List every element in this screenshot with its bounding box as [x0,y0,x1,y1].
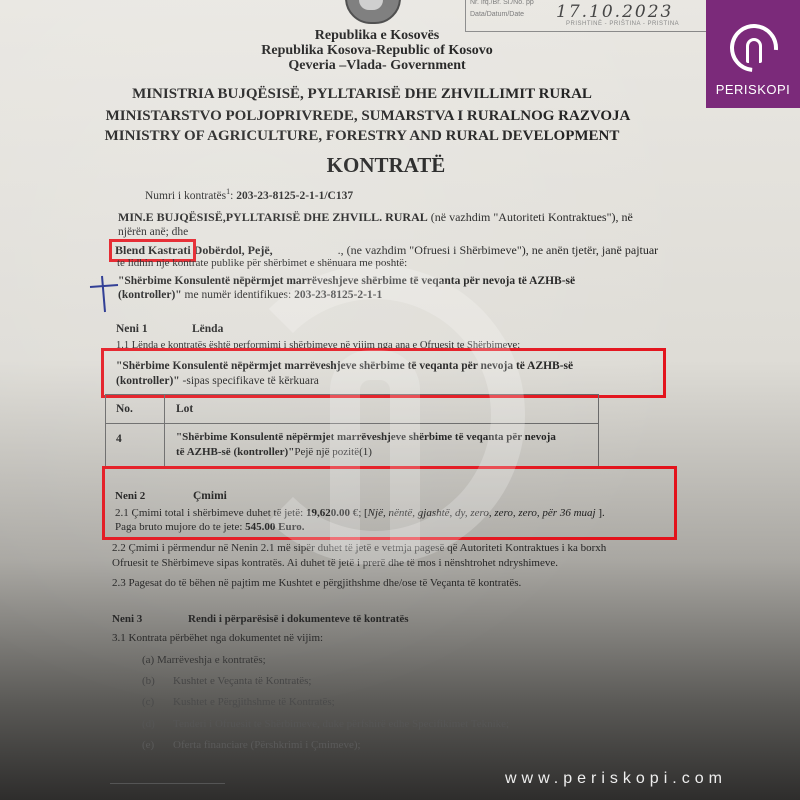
stamp-date-label: Data/Datum/Date [470,11,524,18]
party2-line: Blend Kastrati Dobërdol, Pejë,., (ne vaz… [115,243,658,258]
article3-item-d-text: Tenderi i Ofruesit te Shërbimeve, duke p… [173,718,509,730]
total-price: 19,620.00 [306,507,350,519]
document-photo: Nr. Ifq./Br. Sl./No. pp Data/Datum/Date … [0,0,800,800]
party2-line2: te lidhin nje kontrate publike për shërb… [117,257,407,269]
table-cell-lot-line2: të AZHB-së (kontroller)"Pejë një pozitë(… [176,446,372,458]
website-url: www.periskopi.com [505,770,727,788]
party1-line2: njërën anë; dhe [118,226,188,238]
table-header-lot: Lot [176,403,193,415]
table-cell-no: 4 [116,433,122,445]
table-header-no: No. [116,403,133,415]
article1-title: Lënda [192,323,223,335]
article2-p2-line1: 2.2 Çmimi i përmendur në Nenin 2.1 më si… [112,542,606,554]
document-title: KONTRATË [0,153,786,178]
kosovo-emblem-icon [345,0,401,24]
stamp-date: 17.10.2023 [556,2,673,22]
monthly-salary: 545.00 Euro. [245,521,304,533]
article3-title: Rendi i përparësisë i dokumenteve të kon… [188,613,409,625]
header-government: Qeveria –Vlada- Government [0,58,777,74]
party1-line: MIN.E BUJQËSISË,PYLLTARISË DHE ZHVILL. R… [118,210,633,225]
article2-p1-line2: Paga bruto mujore do te jete: 545.00 Eur… [115,521,305,533]
article1-label: Neni 1 [116,323,148,335]
periskopi-logo: PERISKOPI [706,0,800,108]
article3-label: Neni 3 [112,613,142,625]
article2-p1: 2.1 Çmimi total i shërbimeve duhet të je… [115,507,605,519]
header-republic-sr-en: Republika Kosova-Republic of Kosovo [0,43,777,59]
article3-item-d-marker: (d) [142,718,155,730]
service-line1: "Shërbime Konsulentë nëpërmjet marrëvesh… [118,275,575,287]
article2-label: Neni 2 [115,490,145,502]
stamp-location: PRISHTINË - PRIŠTINA - PRISTINA [566,21,679,27]
article3-item-e-text: Oferta financiare (Përshkrimi i Çmimeve)… [173,739,361,751]
article3-intro: 3.1 Kontrata përbëhet nga dokumentet në … [112,632,323,644]
article2-p2-line2: Ofruesit te Shërbimeve sipas kontratës. … [112,557,558,569]
article3-item-b-text: Kushtet e Veçanta të Kontratës; [173,675,311,687]
article2-title: Çmimi [193,490,227,502]
lot-table: No. Lot 4 "Shërbime Konsulentë nëpërmjet… [105,394,599,468]
article1-quote-line1: "Shërbime Konsulentë nëpërmjet marrëvesh… [116,360,573,372]
table-cell-lot-line1: "Shërbime Konsulentë nëpërmjet marrëvesh… [176,431,556,443]
header-republic-sq: Republika e Kosovës [0,28,777,44]
periskopi-logo-p-icon [746,38,762,63]
ministry-en: MINISTRY OF AGRICULTURE, FORESTRY AND RU… [0,128,762,145]
service-line2: (kontroller)" me numër identifikues: 203… [118,289,382,301]
article3-item-a: (a) Marrëveshja e kontratës; [142,654,266,666]
article1-quote-line2: (kontroller)" -sipas specifikave të kërk… [116,375,319,387]
subject-highlight [101,348,666,398]
ministry-sq: MINISTRIA BUJQËSISË, PYLLTARISË DHE ZHVI… [0,86,762,103]
periskopi-logo-text: PERISKOPI [706,82,800,97]
article3-item-c-marker: (c) [142,696,154,708]
article3-item-b-marker: (b) [142,675,155,687]
ministry-sr: MINISTARSTVO POLJOPRIVREDE, SUMARSTVA I … [0,108,768,125]
stamp-nr-label: Nr. Ifq./Br. Sl./No. pp [470,0,534,6]
article2-p3: 2.3 Pagesat do të bëhen në pajtim me Kus… [112,577,521,589]
footnote-separator [110,783,225,784]
article3-item-c-text: Kushtet e Përgjithshme të Kontratës; [173,696,335,708]
contract-number: Numri i kontratës1: 203-23-8125-2-1-1/C1… [145,187,353,202]
handwritten-cross-icon [88,273,122,313]
article3-item-e-marker: (e) [142,739,154,751]
